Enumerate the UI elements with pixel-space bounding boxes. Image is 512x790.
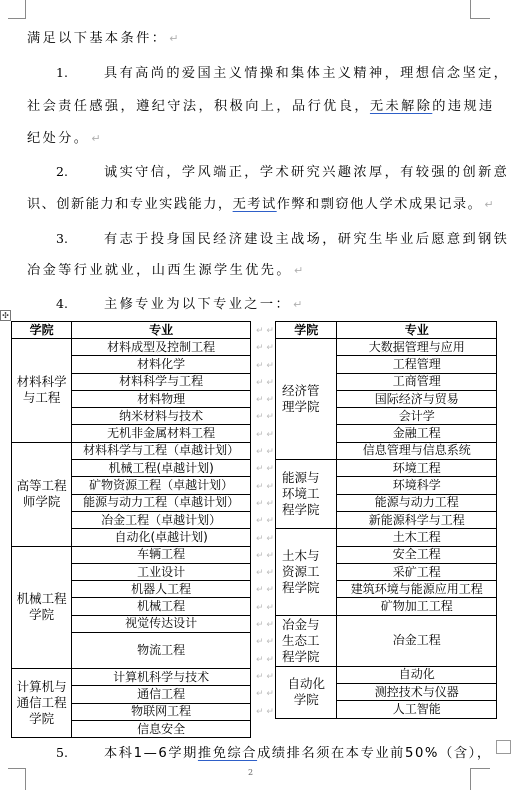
grammar-underline-text[interactable]: 无考试 xyxy=(233,197,277,212)
item-2-line-1: 2.诚实守信，学风端正，学术研究兴趣浓厚，有较强的创新意 xyxy=(27,163,509,182)
college-cell: 自动化学院 xyxy=(276,666,337,718)
table-header-row: 学院 专业 xyxy=(12,322,251,339)
paragraph-mark: ↵ xyxy=(293,298,302,311)
major-cell: 材料科学与工程 xyxy=(72,373,251,390)
paragraph-mark: ↵ xyxy=(484,198,493,211)
major-cell: 测控技术与仪器 xyxy=(337,684,497,701)
header-major: 专业 xyxy=(72,322,251,339)
major-cell: 采矿工程 xyxy=(337,563,497,580)
table-row: 计算机与通信工程学院计算机科学与技术 xyxy=(12,669,251,686)
item-1-line-3: 纪处分。↵ xyxy=(27,130,101,148)
paragraph-mark: ↵ xyxy=(169,32,178,45)
table-row: 材料科学与工程材料成型及控制工程 xyxy=(12,339,251,356)
major-cell: 材料化学 xyxy=(72,356,251,373)
major-cell: 工程管理 xyxy=(337,356,497,373)
major-cell: 能源与动力工程 xyxy=(337,494,497,511)
major-cell: 物流工程 xyxy=(72,633,251,669)
grammar-underline-text[interactable]: 推免综合 xyxy=(198,746,257,761)
page-number: 2 xyxy=(248,768,253,777)
item-3-line-1: 3.有志于投身国民经济建设主战场，研究生毕业后愿意到钢铁 xyxy=(27,230,509,249)
college-cell: 冶金与生态工程学院 xyxy=(276,615,337,666)
major-cell: 金融工程 xyxy=(337,425,497,442)
majors-table-left: 学院 专业 材料科学与工程材料成型及控制工程 材料化学 材料科学与工程 材料物理… xyxy=(11,321,251,738)
major-cell: 新能源科学与工程 xyxy=(337,511,497,528)
table-header-row: 学院 专业 xyxy=(276,322,497,339)
table-row: 土木与资源工程学院土木工程 xyxy=(276,529,497,546)
item-1-line-1: 1.具有高尚的爱国主义情操和集体主义精神，理想信念坚定， xyxy=(27,64,509,83)
major-cell: 环境工程 xyxy=(337,460,497,477)
item-number: 1. xyxy=(27,64,104,82)
item-2-line-2: 识、创新能力和专业实践能力，无考试作弊和剽窃他人学术成果记录。↵ xyxy=(27,196,494,214)
college-cell: 计算机与通信工程学院 xyxy=(12,669,72,738)
header-college: 学院 xyxy=(12,322,72,339)
major-cell: 物联网工程 xyxy=(72,703,251,720)
crop-mark-bottom-left xyxy=(8,768,26,790)
college-cell: 机械工程学院 xyxy=(12,546,72,668)
crop-mark-top-right xyxy=(470,0,490,19)
grammar-underline-text[interactable]: 无未解除 xyxy=(370,99,432,114)
major-cell: 无机非金属材料工程 xyxy=(72,425,251,442)
major-cell: 环境科学 xyxy=(337,477,497,494)
item-number: 5. xyxy=(27,744,104,762)
majors-table-right: 学院 专业 经济管理学院大数据管理与应用 工程管理 工商管理 国际经济与贸易 会… xyxy=(275,321,497,719)
major-cell: 信息安全 xyxy=(72,720,251,737)
item-4-line-1: 4.主修专业为以下专业之一：↵ xyxy=(27,295,302,314)
item-text: 作弊和剽窃他人学术成果记录。 xyxy=(277,197,483,212)
paragraph-mark: ↵ xyxy=(91,132,100,145)
major-cell: 安全工程 xyxy=(337,546,497,563)
header-college: 学院 xyxy=(276,322,337,339)
item-number: 3. xyxy=(27,230,104,248)
major-cell: 土木工程 xyxy=(337,529,497,546)
intro-paragraph: 满足以下基本条件：↵ xyxy=(27,30,179,48)
major-cell: 信息管理与信息系统 xyxy=(337,442,497,459)
item-text: 本科1—6学期 xyxy=(104,746,198,761)
table-row: 高等工程师学院材料科学与工程（卓越计划） xyxy=(12,442,251,459)
item-text: 社会责任感强，遵纪守法，积极向上，品行优良， xyxy=(27,99,370,114)
item-text: 冶金等行业就业，山西生源学生优先。 xyxy=(27,263,292,278)
major-cell: 通信工程 xyxy=(72,686,251,703)
major-cell: 人工智能 xyxy=(337,701,497,718)
major-cell: 机械工程(卓越计划) xyxy=(72,460,251,477)
major-cell: 矿物资源工程（卓越计划） xyxy=(72,477,251,494)
major-cell: 材料科学与工程（卓越计划） xyxy=(72,442,251,459)
table-row: 机械工程学院车辆工程 xyxy=(12,546,251,563)
item-1-line-2: 社会责任感强，遵纪守法，积极向上，品行优良，无未解除的违规违 xyxy=(27,98,495,116)
table-row: 经济管理学院大数据管理与应用 xyxy=(276,339,497,356)
major-cell: 自动化(卓越计划) xyxy=(72,529,251,546)
item-number: 4. xyxy=(27,295,104,313)
major-cell: 冶金工程（卓越计划） xyxy=(72,511,251,528)
header-major: 专业 xyxy=(337,322,497,339)
table-resize-handle[interactable] xyxy=(496,740,511,754)
item-text: 识、创新能力和专业实践能力， xyxy=(27,197,233,212)
item-text: 诚实守信，学风端正，学术研究兴趣浓厚，有较强的创新意 xyxy=(104,165,509,180)
table-row: 冶金与生态工程学院冶金工程 xyxy=(276,615,497,666)
major-cell: 纳米材料与技术 xyxy=(72,408,251,425)
major-cell: 矿物加工工程 xyxy=(337,598,497,615)
college-cell: 土木与资源工程学院 xyxy=(276,529,337,615)
major-cell: 视觉传达设计 xyxy=(72,615,251,632)
intro-text: 满足以下基本条件： xyxy=(27,31,167,46)
major-cell: 车辆工程 xyxy=(72,546,251,563)
major-cell: 自动化 xyxy=(337,666,497,683)
major-cell: 工商管理 xyxy=(337,373,497,390)
crop-mark-bottom-right xyxy=(470,768,490,790)
major-cell: 国际经济与贸易 xyxy=(337,390,497,407)
item-text: 有志于投身国民经济建设主战场，研究生毕业后愿意到钢铁 xyxy=(104,232,509,247)
college-cell: 能源与环境工程学院 xyxy=(276,460,337,529)
item-3-line-2: 冶金等行业就业，山西生源学生优先。↵ xyxy=(27,262,303,280)
college-cell: 材料科学与工程 xyxy=(12,339,72,443)
paragraph-marks-column: ↵ ↵↵ ↵↵ ↵↵ ↵↵ ↵↵ ↵↵ ↵↵ ↵↵ ↵↵ ↵↵ ↵↵ ↵↵ ↵↵… xyxy=(256,323,276,721)
item-5-line-1: 5.本科1—6学期推免综合成绩排名须在本专业前50%（含）， xyxy=(27,744,492,763)
major-cell: 工业设计 xyxy=(72,563,251,580)
major-cell: 机器人工程 xyxy=(72,581,251,598)
table-row: 能源与环境工程学院环境工程 xyxy=(276,460,497,477)
item-text: 的违规违 xyxy=(432,99,494,114)
item-text: 纪处分。 xyxy=(27,131,89,146)
major-cell: 建筑环境与能源应用工程 xyxy=(337,581,497,598)
item-number: 2. xyxy=(27,163,104,181)
major-cell: 会计学 xyxy=(337,408,497,425)
major-cell: 计算机科学与技术 xyxy=(72,669,251,686)
item-text: 成绩排名须在本专业前50%（含）， xyxy=(257,746,492,761)
item-text: 具有高尚的爱国主义情操和集体主义精神，理想信念坚定， xyxy=(104,66,509,81)
college-cell: 经济管理学院 xyxy=(276,339,337,460)
item-text: 主修专业为以下专业之一： xyxy=(104,297,291,312)
crop-mark-top-left xyxy=(8,0,26,19)
major-cell: 能源与动力工程（卓越计划） xyxy=(72,494,251,511)
major-cell: 机械工程 xyxy=(72,598,251,615)
college-cell: 高等工程师学院 xyxy=(12,442,72,546)
table-move-handle-icon[interactable]: ✣ xyxy=(0,310,11,321)
paragraph-mark: ↵ xyxy=(294,264,303,277)
table-row: 自动化学院自动化 xyxy=(276,666,497,683)
major-cell: 材料成型及控制工程 xyxy=(72,339,251,356)
major-cell: 冶金工程 xyxy=(337,615,497,666)
major-cell: 材料物理 xyxy=(72,390,251,407)
major-cell: 大数据管理与应用 xyxy=(337,339,497,356)
